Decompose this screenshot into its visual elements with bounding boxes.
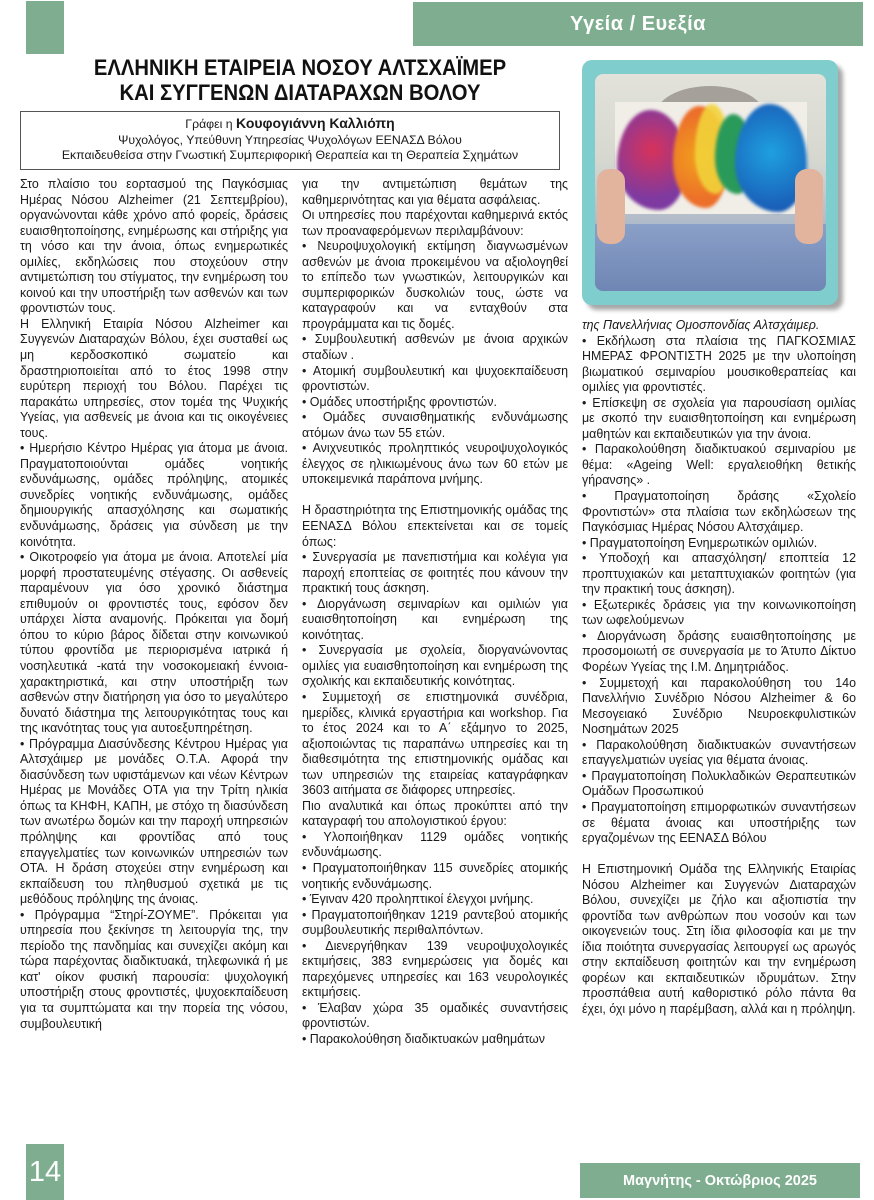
list-item: • Συνεργασία με πανεπιστήμια και κολέγια…: [302, 550, 568, 597]
author-role-2: Εκπαιδευθείσα στην Γνωστική Συμπεριφορικ…: [21, 148, 559, 164]
closing-paragraph: Η Επιστημονική Ομάδα της Ελληνικής Εταιρ…: [582, 862, 856, 1017]
paragraph: Η Ελληνική Εταιρία Νόσου Alzheimer και Σ…: [20, 317, 288, 441]
list-item: • Οικοτροφείο για άτομα με άνοια. Αποτελ…: [20, 550, 288, 737]
list-item: • Πρόγραμμα Διασύνδεσης Κέντρου Ημέρας γ…: [20, 737, 288, 908]
list-item: • Πραγματοποίηση Πολυκλαδικών Θεραπευτικ…: [582, 769, 856, 800]
column-right: της Πανελλήνιας Ομοσπονδίας Αλτσχάιμερ. …: [582, 318, 856, 1018]
list-item: • Συνεργασία με σχολεία, διοργανώνοντας …: [302, 643, 568, 690]
list-item: • Ομάδες υποστήριξης φροντιστών.: [302, 395, 568, 411]
section-title: Υγεία / Ευεξία: [570, 13, 706, 36]
publication-issue: Μαγνήτης - Οκτώβριος 2025: [623, 1173, 817, 1189]
byline: Γράφει η Κουφογιάννη Καλλιόπη: [21, 116, 559, 133]
list-item: • Ημερήσιο Κέντρο Ημέρας για άτομα με άν…: [20, 441, 288, 550]
paragraph: Στο πλαίσιο του εορτασμού της Παγκόσμιας…: [20, 177, 288, 317]
list-item: • Πρόγραμμα “Στηρί-ΖΟΥΜΕ”. Πρόκειται για…: [20, 908, 288, 1032]
list-item: • Εκδήλωση στα πλαίσια της ΠΑΓΚΟΣΜΙΑΣ ΗΜ…: [582, 334, 856, 396]
list-item: • Έγιναν 420 προληπτικοί έλεγχοι μνήμης.: [302, 892, 568, 908]
article-image: [595, 74, 826, 291]
list-item: • Διοργάνωση σεμιναρίων και ομιλιών για …: [302, 597, 568, 644]
paragraph: Η δραστηριότητα της Επιστημονικής ομάδας…: [302, 503, 568, 550]
byline-prefix: Γράφει η: [185, 117, 232, 131]
author-role-1: Ψυχολόγος, Υπεύθυνη Υπηρεσίας Ψυχολόγων …: [21, 133, 559, 149]
list-item: • Διενεργήθηκαν 139 νευροψυχολογικές εκτ…: [302, 939, 568, 1001]
spacer: [302, 488, 568, 504]
footer-publication-bar: Μαγνήτης - Οκτώβριος 2025: [580, 1163, 860, 1198]
continuation-line: της Πανελλήνιας Ομοσπονδίας Αλτσχάιμερ.: [582, 318, 856, 334]
corner-accent-block: [26, 1, 64, 54]
list-item: • Πραγματοποιήθηκαν 115 συνεδρίες ατομικ…: [302, 861, 568, 892]
paragraph: για την αντιμετώπιση θεμάτων της καθημερ…: [302, 177, 568, 208]
list-item: • Συμβουλευτική ασθενών με άνοια αρχικών…: [302, 332, 568, 363]
image-sweater-shape: [595, 224, 826, 291]
list-item: • Υποδοχή και απασχόληση/ εποπτεία 12 πρ…: [582, 551, 856, 598]
title-line-2: ΚΑΙ ΣΥΓΓΕΝΩΝ ΔΙΑΤΑΡΑΧΩΝ ΒΟΛΟΥ: [61, 80, 539, 105]
list-item: • Επίσκεψη σε σχολεία για παρουσίαση ομι…: [582, 396, 856, 443]
article-image-frame: [582, 60, 838, 305]
paragraph: Οι υπηρεσίες που παρέχονται καθημερινά ε…: [302, 208, 568, 239]
image-hand-right: [795, 169, 823, 244]
list-item: • Διοργάνωση δράσης ευαισθητοποίησης με …: [582, 629, 856, 676]
list-item: • Παρακολούθηση διαδικτυακού σεμιναρίου …: [582, 442, 856, 489]
list-item: • Συμμετοχή σε επιστημονικά συνέδρια, ημ…: [302, 690, 568, 799]
list-item: • Συμμετοχή και παρακολούθηση του 14ο Πα…: [582, 676, 856, 738]
list-item: • Πραγματοποίηση Ενημερωτικών ομιλιών.: [582, 536, 856, 552]
author-box: Γράφει η Κουφογιάννη Καλλιόπη Ψυχολόγος,…: [20, 111, 560, 170]
column-left: Στο πλαίσιο του εορτασμού της Παγκόσμιας…: [20, 177, 288, 1032]
image-hand-left: [597, 169, 625, 244]
page-number: 14: [26, 1144, 64, 1200]
section-header: Υγεία / Ευεξία: [413, 2, 863, 46]
list-item: • Υλοποιήθηκαν 1129 ομάδες νοητικής ενδυ…: [302, 830, 568, 861]
list-item: • Παρακολούθηση διαδικτυακών μαθημάτων: [302, 1032, 568, 1048]
list-item: • Έλαβαν χώρα 35 ομαδικές συναντήσεις φρ…: [302, 1001, 568, 1032]
list-item: • Ατομική συμβουλευτική και ψυχοεκπαίδευ…: [302, 364, 568, 395]
list-item: • Ανιχνευτικός προληπτικός νευροψυχολογι…: [302, 441, 568, 488]
column-middle: για την αντιμετώπιση θεμάτων της καθημερ…: [302, 177, 568, 1048]
list-item: • Πραγματοποίηση δράσης «Σχολείο Φροντισ…: [582, 489, 856, 536]
list-item: • Παρακολούθηση διαδικτυακών συναντήσεων…: [582, 738, 856, 769]
title-line-1: ΕΛΛΗΝΙΚΗ ΕΤΑΙΡΕΙΑ ΝΟΣΟΥ ΑΛΤΣΧΑΪΜΕΡ: [61, 55, 539, 80]
list-item: • Ομάδες συναισθηματικής ενδυνάμωσης ατό…: [302, 410, 568, 441]
list-item: • Νευροψυχολογική εκτίμηση διαγνωσμένων …: [302, 239, 568, 332]
list-item: • Εξωτερικές δράσεις για την κοινωνικοπο…: [582, 598, 856, 629]
list-item: • Πραγματοποίηση επιμορφωτικών συναντήσε…: [582, 800, 856, 847]
author-name: Κουφογιάννη Καλλιόπη: [236, 115, 395, 131]
list-item: • Πραγματοποιήθηκαν 1219 ραντεβού ατομικ…: [302, 908, 568, 939]
article-title: ΕΛΛΗΝΙΚΗ ΕΤΑΙΡΕΙΑ ΝΟΣΟΥ ΑΛΤΣΧΑΪΜΕΡ ΚΑΙ Σ…: [61, 55, 539, 105]
spacer: [582, 847, 856, 863]
paragraph: Πιο αναλυτικά και όπως προκύπτει από την…: [302, 799, 568, 830]
page-number-text: 14: [29, 1156, 61, 1189]
